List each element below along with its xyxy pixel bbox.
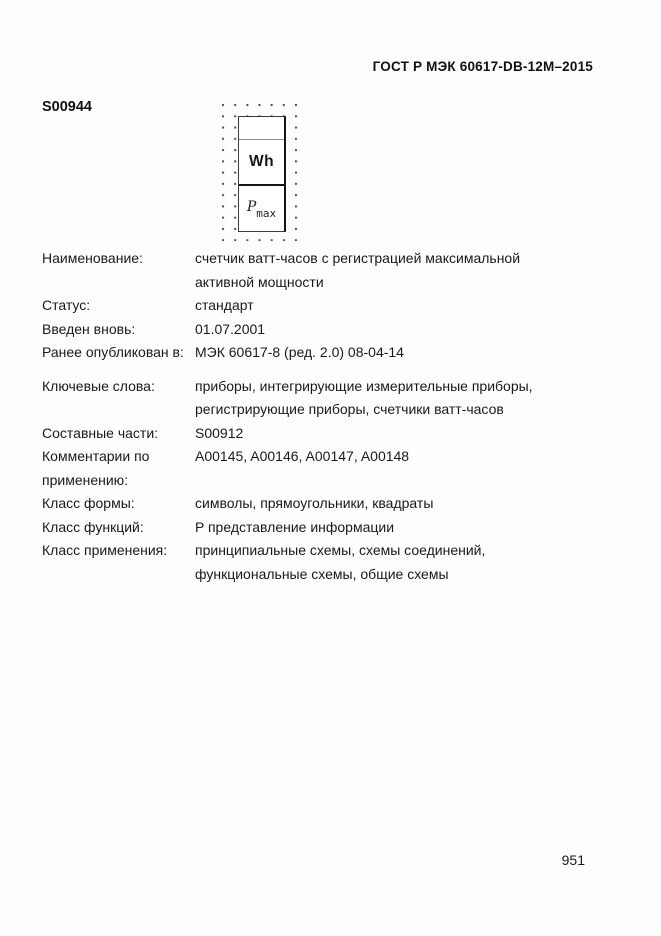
pmax-symbol-subscript: max bbox=[256, 208, 276, 219]
document-page: ГОСТ Р МЭК 60617-DB-12M–2015 S00944 Wh P… bbox=[0, 0, 661, 936]
field-row: Класс формы:символы, прямоугольники, ква… bbox=[42, 492, 615, 516]
field-value-line: счетчик ватт-часов с регистрацией максим… bbox=[195, 247, 615, 271]
field-value-line: функциональные схемы, общие схемы bbox=[195, 563, 615, 587]
symbol-wh-compartment: Wh bbox=[239, 140, 284, 186]
field-label: Класс формы: bbox=[42, 492, 195, 516]
field-value-line: активной мощности bbox=[195, 271, 615, 295]
field-label: Ключевые слова: bbox=[42, 375, 195, 399]
symbol-pmax-compartment: Pmax bbox=[239, 186, 284, 231]
field-row: Класс применения:принципиальные схемы, с… bbox=[42, 539, 615, 586]
field-value: 01.07.2001 bbox=[195, 318, 615, 342]
field-label: Введен вновь: bbox=[42, 318, 195, 342]
field-label: Наименование: bbox=[42, 247, 195, 271]
field-value-line: символы, прямоугольники, квадраты bbox=[195, 492, 615, 516]
field-row: Ранее опубликован в:МЭК 60617-8 (ред. 2.… bbox=[42, 341, 615, 365]
page-number: 951 bbox=[562, 852, 585, 868]
pmax-symbol-base: P bbox=[247, 200, 256, 214]
field-value-line: приборы, интегрирующие измерительные при… bbox=[195, 375, 615, 399]
field-row: Статус:стандарт bbox=[42, 294, 615, 318]
field-row: Ключевые слова:приборы, интегрирующие из… bbox=[42, 375, 615, 422]
field-row: Комментарии по применению:A00145, A00146… bbox=[42, 445, 615, 492]
field-value: счетчик ватт-часов с регистрацией максим… bbox=[195, 247, 615, 294]
field-value-line: P представление информации bbox=[195, 516, 615, 540]
symbol-figure: Wh Pmax bbox=[222, 104, 299, 242]
field-value: P представление информации bbox=[195, 516, 615, 540]
field-value: МЭК 60617-8 (ред. 2.0) 08-04-14 bbox=[195, 341, 615, 365]
field-value-line: стандарт bbox=[195, 294, 615, 318]
field-value: стандарт bbox=[195, 294, 615, 318]
symbol-rectangle: Wh Pmax bbox=[238, 116, 286, 232]
field-value: A00145, A00146, A00147, A00148 bbox=[195, 445, 615, 469]
field-value: S00912 bbox=[195, 422, 615, 446]
symbol-id: S00944 bbox=[42, 99, 92, 115]
field-value: принципиальные схемы, схемы соединений,ф… bbox=[195, 539, 615, 586]
field-label: Статус: bbox=[42, 294, 195, 318]
field-row: Введен вновь:01.07.2001 bbox=[42, 318, 615, 342]
field-value-line: регистрирующие приборы, счетчики ватт-ча… bbox=[195, 398, 615, 422]
field-value-line: принципиальные схемы, схемы соединений, bbox=[195, 539, 615, 563]
field-label: Составные части: bbox=[42, 422, 195, 446]
field-label: Класс функций: bbox=[42, 516, 195, 540]
field-value-line: A00145, A00146, A00147, A00148 bbox=[195, 445, 615, 469]
field-label: Класс применения: bbox=[42, 539, 195, 563]
field-label: Комментарии по применению: bbox=[42, 445, 195, 492]
field-value: символы, прямоугольники, квадраты bbox=[195, 492, 615, 516]
standard-reference-header: ГОСТ Р МЭК 60617-DB-12M–2015 bbox=[373, 59, 593, 74]
symbol-top-compartment bbox=[239, 117, 284, 140]
field-row: Составные части:S00912 bbox=[42, 422, 615, 446]
field-row: Наименование:счетчик ватт-часов с регист… bbox=[42, 247, 615, 294]
field-value: приборы, интегрирующие измерительные при… bbox=[195, 375, 615, 422]
field-row: Класс функций:P представление информации bbox=[42, 516, 615, 540]
attributes-list: Наименование:счетчик ватт-часов с регист… bbox=[42, 247, 615, 586]
field-value-line: 01.07.2001 bbox=[195, 318, 615, 342]
wh-label: Wh bbox=[249, 153, 274, 171]
field-value-line: S00912 bbox=[195, 422, 615, 446]
field-value-line: МЭК 60617-8 (ред. 2.0) 08-04-14 bbox=[195, 341, 615, 365]
field-label: Ранее опубликован в: bbox=[42, 341, 195, 365]
